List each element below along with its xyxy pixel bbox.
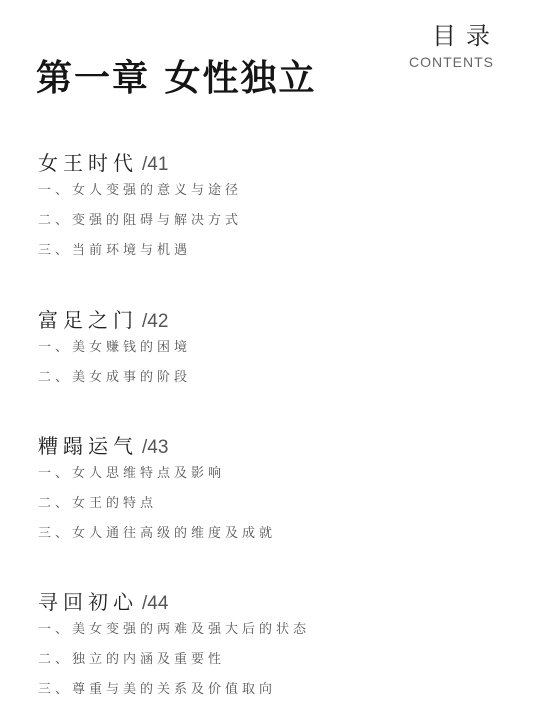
toc-item[interactable]: 一、美女变强的两难及强大后的状态 <box>38 615 310 645</box>
section-page-number: /42 <box>142 311 168 333</box>
section-fuzu-zhimen: 富足之门 /42 一、美女赚钱的困境 二、美女成事的阶段 <box>38 304 191 393</box>
toc-item[interactable]: 一、女人思维特点及影响 <box>38 459 276 489</box>
toc-item[interactable]: 一、美女赚钱的困境 <box>38 333 191 363</box>
toc-item[interactable]: 二、美女成事的阶段 <box>38 363 191 393</box>
section-heading[interactable]: 寻回初心 /44 <box>38 586 310 612</box>
section-name: 富足之门 <box>38 304 138 333</box>
toc-item[interactable]: 三、当前环境与机遇 <box>38 236 242 266</box>
section-heading[interactable]: 富足之门 /42 <box>38 304 191 330</box>
toc-item[interactable]: 一、女人变强的意义与途径 <box>38 176 242 206</box>
section-page-number: /41 <box>142 154 168 176</box>
section-heading[interactable]: 糟蹋运气 /43 <box>38 430 276 456</box>
section-name: 糟蹋运气 <box>38 430 138 459</box>
section-xunhui-chuxin: 寻回初心 /44 一、美女变强的两难及强大后的状态 二、独立的内涵及重要性 三、… <box>38 586 310 705</box>
section-name: 寻回初心 <box>38 586 138 615</box>
toc-item[interactable]: 二、独立的内涵及重要性 <box>38 645 310 675</box>
toc-header: 目录 CONTENTS <box>409 22 494 70</box>
toc-item[interactable]: 二、女王的特点 <box>38 489 276 519</box>
section-zaota-yunqi: 糟蹋运气 /43 一、女人思维特点及影响 二、女王的特点 三、女人通往高级的维度… <box>38 430 276 549</box>
section-items: 一、女人变强的意义与途径 二、变强的阻碍与解决方式 三、当前环境与机遇 <box>38 176 242 266</box>
section-page-number: /43 <box>142 437 168 459</box>
toc-item[interactable]: 三、尊重与美的关系及价值取向 <box>38 675 310 705</box>
section-items: 一、女人思维特点及影响 二、女王的特点 三、女人通往高级的维度及成就 <box>38 459 276 549</box>
section-heading[interactable]: 女王时代 /41 <box>38 147 242 173</box>
section-name: 女王时代 <box>38 147 138 176</box>
toc-item[interactable]: 二、变强的阻碍与解决方式 <box>38 206 242 236</box>
toc-title: 目录 <box>409 22 500 50</box>
toc-subtitle: CONTENTS <box>409 54 494 70</box>
section-page-number: /44 <box>142 593 168 615</box>
chapter-title: 第一章 女性独立 <box>36 56 317 100</box>
section-items: 一、美女变强的两难及强大后的状态 二、独立的内涵及重要性 三、尊重与美的关系及价… <box>38 615 310 705</box>
section-nuwang-shidai: 女王时代 /41 一、女人变强的意义与途径 二、变强的阻碍与解决方式 三、当前环… <box>38 147 242 266</box>
toc-item[interactable]: 三、女人通往高级的维度及成就 <box>38 519 276 549</box>
section-items: 一、美女赚钱的困境 二、美女成事的阶段 <box>38 333 191 393</box>
